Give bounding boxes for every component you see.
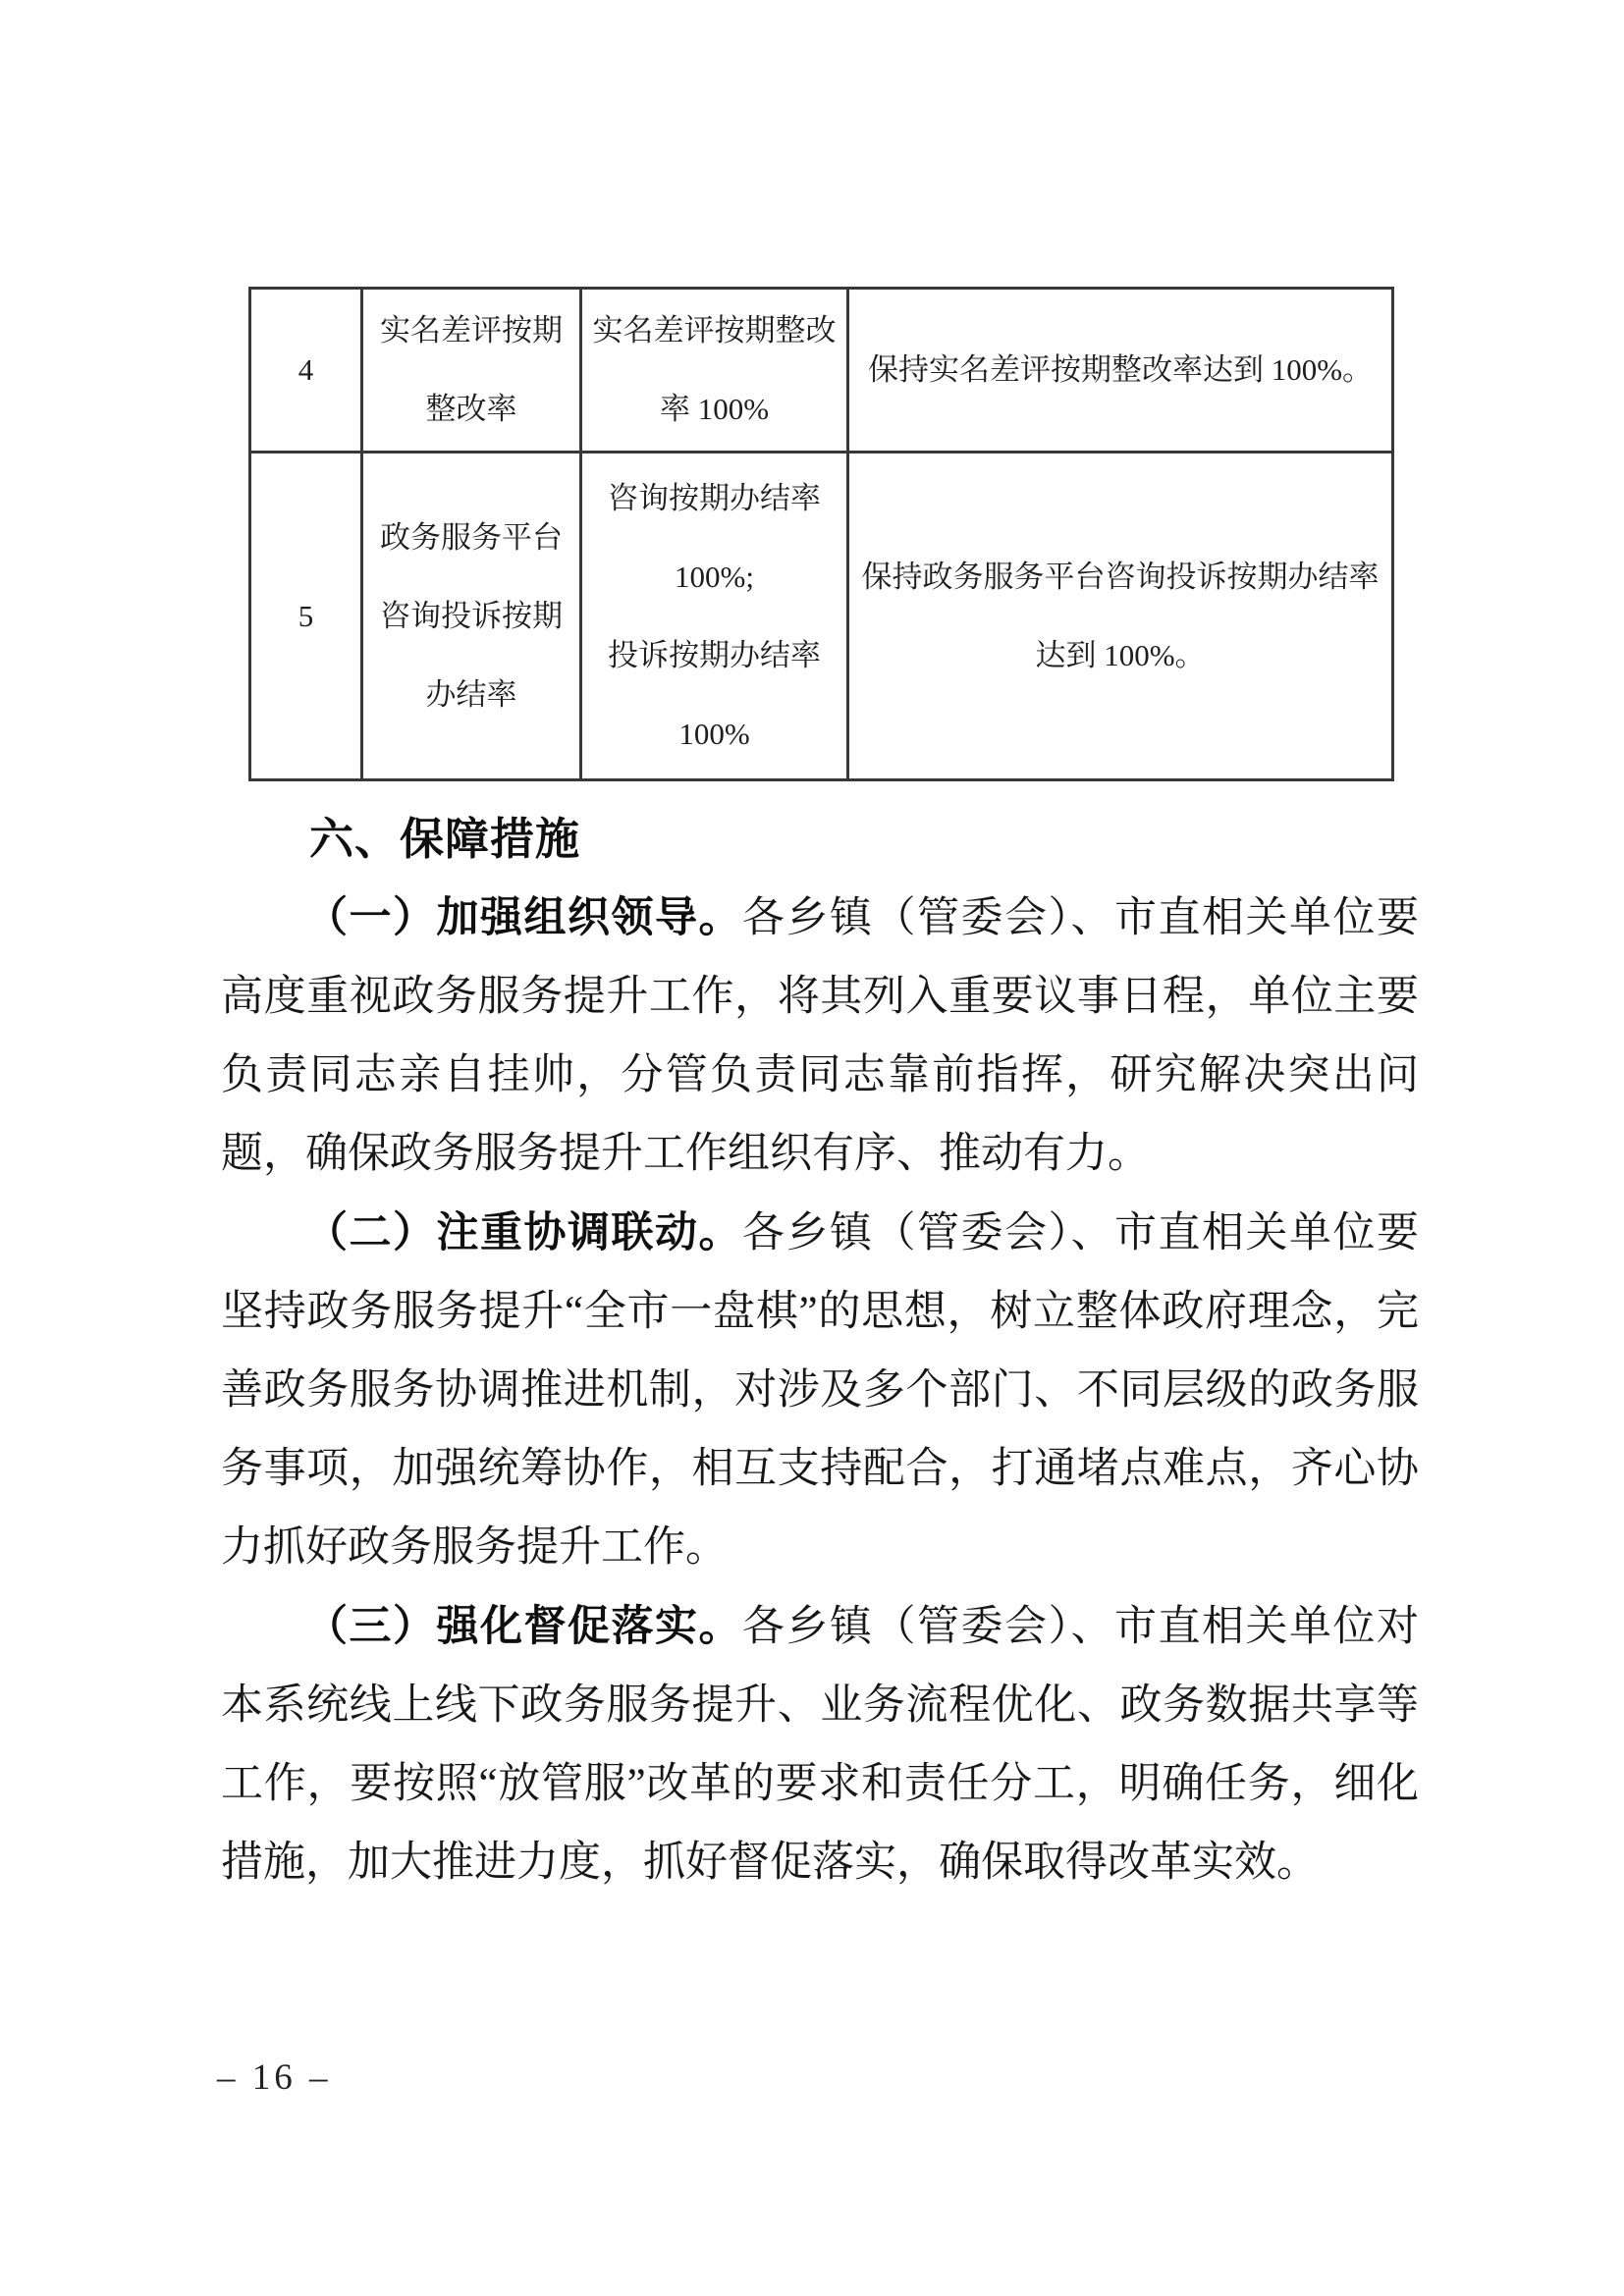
table-row: 5 政务服务平台 咨询投诉按期 办结率 咨询按期办结率 100%; 投诉按期办结… bbox=[250, 453, 1393, 780]
indicator-name-cell: 政务服务平台 咨询投诉按期 办结率 bbox=[362, 453, 581, 780]
work-measure-cell: 保持政务服务平台咨询投诉按期办结率 达到 100%。 bbox=[848, 453, 1393, 780]
section-heading: 六、保障措施 bbox=[221, 800, 1419, 879]
row-number-cell: 5 bbox=[250, 453, 362, 780]
target-value-cell: 咨询按期办结率 100%; 投诉按期办结率 100% bbox=[581, 453, 848, 780]
paragraph-lead: （三）强化督促落实。 bbox=[305, 1603, 742, 1650]
indicator-name-cell: 实名差评按期 整改率 bbox=[362, 289, 581, 453]
row-number-cell: 4 bbox=[250, 289, 362, 453]
indicator-table: 4 实名差评按期 整改率 实名差评按期整改 率 100% 保持实名差评按期整改率… bbox=[248, 287, 1394, 781]
paragraph-lead: （二）注重协调联动。 bbox=[305, 1209, 742, 1256]
paragraph-coordination-linkage: （二）注重协调联动。各乡镇（管委会）、市直相关单位要坚持政务服务提升“全市一盘棋… bbox=[221, 1194, 1419, 1587]
paragraph-lead: （一）加强组织领导。 bbox=[305, 894, 742, 941]
paragraph-body: 各乡镇（管委会）、市直相关单位要坚持政务服务提升“全市一盘棋”的思想，树立整体政… bbox=[221, 1210, 1419, 1571]
paragraph-strengthen-leadership: （一）加强组织领导。各乡镇（管委会）、市直相关单位要高度重视政务服务提升工作，将… bbox=[221, 879, 1419, 1194]
work-measure-cell: 保持实名差评按期整改率达到 100%。 bbox=[848, 289, 1393, 453]
page-number: – 16 – bbox=[217, 2056, 332, 2099]
document-page: 4 实名差评按期 整改率 实名差评按期整改 率 100% 保持实名差评按期整改率… bbox=[0, 0, 1624, 2296]
table-row: 4 实名差评按期 整改率 实名差评按期整改 率 100% 保持实名差评按期整改率… bbox=[250, 289, 1393, 453]
target-value-cell: 实名差评按期整改 率 100% bbox=[581, 289, 848, 453]
paragraph-supervision-implementation: （三）强化督促落实。各乡镇（管委会）、市直相关单位对本系统线上线下政务服务提升、… bbox=[221, 1587, 1419, 1902]
section-safeguard-measures: 六、保障措施 （一）加强组织领导。各乡镇（管委会）、市直相关单位要高度重视政务服… bbox=[221, 800, 1419, 1902]
